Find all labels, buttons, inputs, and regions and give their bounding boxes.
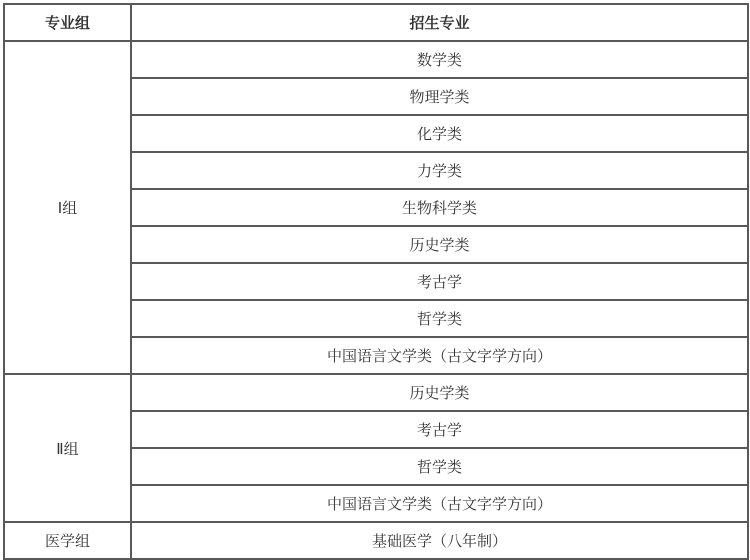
table-header-row: 专业组 招生专业 (4, 4, 748, 41)
major-cell: 考古学 (131, 411, 748, 448)
major-cell: 数学类 (131, 41, 748, 78)
major-cell: 历史学类 (131, 226, 748, 263)
major-cell: 哲学类 (131, 300, 748, 337)
table-row: Ⅰ组 数学类 (4, 41, 748, 78)
major-cell: 历史学类 (131, 374, 748, 411)
table-row: Ⅱ组 历史学类 (4, 374, 748, 411)
group-cell-1: Ⅰ组 (4, 41, 131, 374)
group-cell-2: Ⅱ组 (4, 374, 131, 522)
table-row: 医学组 基础医学（八年制） (4, 522, 748, 559)
major-cell: 生物科学类 (131, 189, 748, 226)
major-cell: 哲学类 (131, 448, 748, 485)
column-header-major: 招生专业 (131, 4, 748, 41)
major-cell: 考古学 (131, 263, 748, 300)
major-cell: 中国语言文学类（古文字学方向） (131, 337, 748, 374)
major-cell: 基础医学（八年制） (131, 522, 748, 559)
major-cell: 中国语言文学类（古文字学方向） (131, 485, 748, 522)
group-cell-medical: 医学组 (4, 522, 131, 559)
major-cell: 化学类 (131, 115, 748, 152)
column-header-group: 专业组 (4, 4, 131, 41)
major-cell: 物理学类 (131, 78, 748, 115)
major-cell: 力学类 (131, 152, 748, 189)
admission-majors-table: 专业组 招生专业 Ⅰ组 数学类 物理学类 化学类 力学类 生物科学类 历史学类 … (3, 3, 749, 560)
